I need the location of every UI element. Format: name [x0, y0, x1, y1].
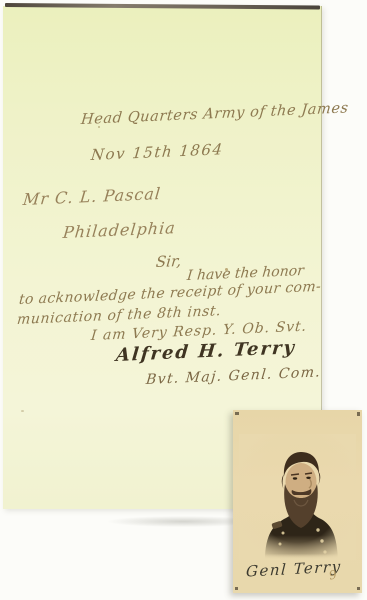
letter-salutation: Sir, — [155, 252, 182, 271]
general-terry-portrait — [239, 434, 356, 560]
card-corner-speck — [357, 587, 360, 590]
letter-recipient: Mr C. L. Pascal — [22, 184, 162, 209]
paper-stain-speck — [21, 410, 24, 412]
card-corner-speck — [235, 412, 239, 415]
photo-corner-mark: 9 — [328, 567, 338, 582]
letter-heading: Head Quarters Army of the James — [80, 100, 349, 128]
paper-top-edge — [5, 3, 320, 9]
paper-stain-speck — [98, 126, 100, 128]
card-corner-speck — [235, 587, 238, 590]
card-corner-speck — [357, 412, 360, 416]
portrait-photo-card: Genl Terry 9 — [233, 410, 362, 593]
letter-recipient-city: Philadelphia — [62, 218, 177, 242]
letter-body-line-2: to acknowledge the receipt of your com- — [18, 279, 322, 308]
paper-stain-speck — [225, 268, 228, 271]
letter-date: Nov 15th 1864 — [90, 140, 224, 164]
letter-signature-title: Bvt. Maj. Genl. Com. — [145, 364, 322, 388]
scanned-letter-page: Head Quarters Army of the James Nov 15th… — [0, 0, 367, 600]
